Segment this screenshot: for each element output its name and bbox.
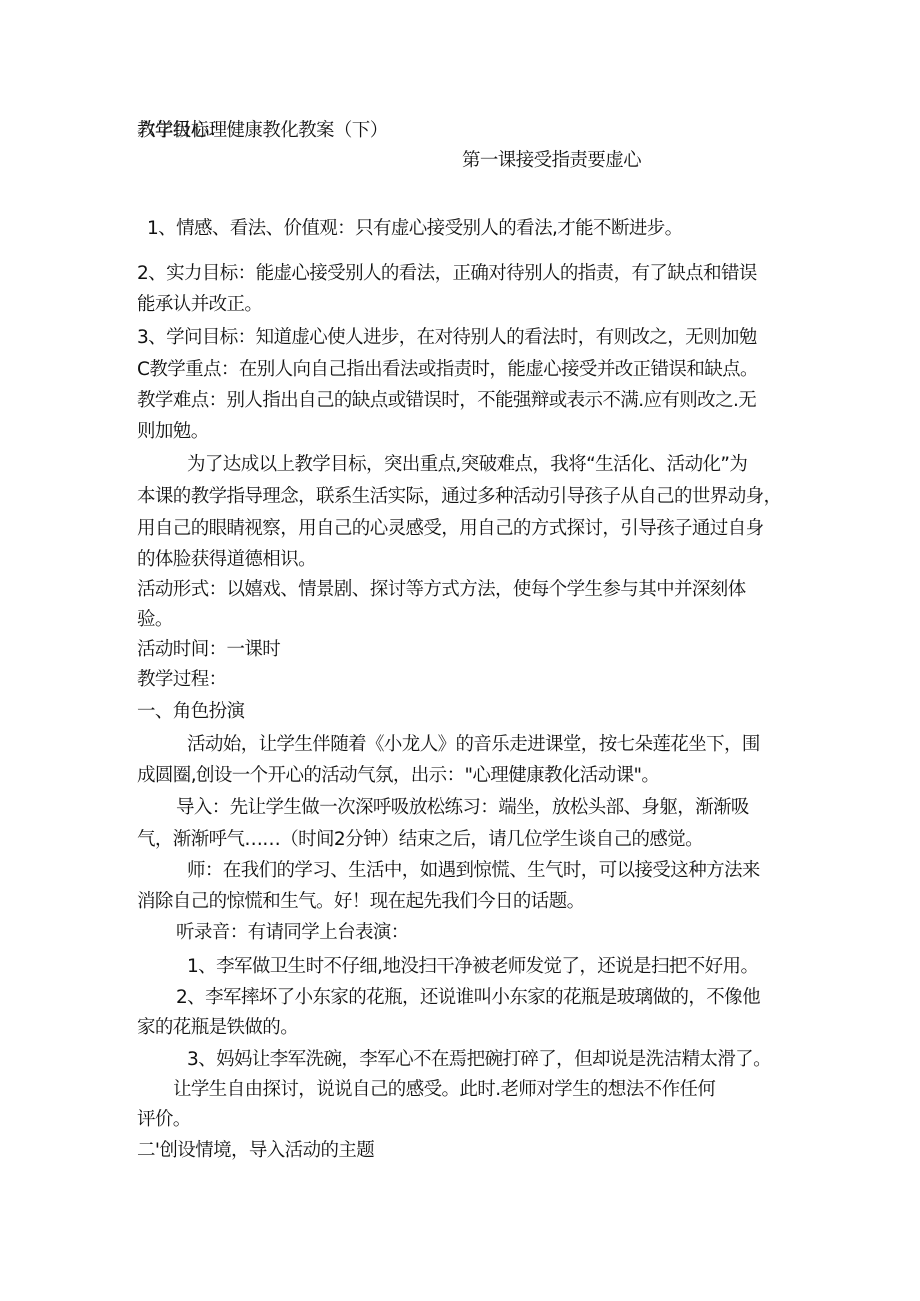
text-line: C教学重点：在别人向自己指出看法或指责时，能虚心接受并改正错误和缺点。 bbox=[137, 359, 758, 381]
text-line: 二'创设情境，导入活动的主题 bbox=[137, 1140, 374, 1162]
text-line: 导入：先让学生做一次深呼吸放松练习：端坐，放松头部、身躯，渐渐吸 bbox=[176, 797, 749, 819]
text-line: 活动始，让学生伴随着《小龙人》的音乐走进课堂，按七朵莲花坐下，围 bbox=[187, 734, 760, 756]
document-page: 六年级心理健康教化教案（下） 第一课接受指责要虚心 教学目标：1、情感、看法、价… bbox=[0, 0, 920, 1301]
text-line: 教学过程： bbox=[137, 669, 227, 691]
text-line: 气，渐渐呼气……（时间2分钟）结束之后，请几位学生谈自己的感觉。 bbox=[137, 829, 703, 851]
lesson-title: 第一课接受指责要虚心 bbox=[462, 150, 641, 172]
text-line: 评价。 bbox=[137, 1109, 191, 1131]
text-line: 的体脸获得道德相识。 bbox=[137, 549, 316, 571]
text-line: 成圆圈,创设一个开心的活动气氛，出示："心理健康教化活动课"。 bbox=[137, 765, 659, 787]
text-line: 验。 bbox=[137, 609, 173, 631]
text-line: 听录音：有请同学上台表演： bbox=[176, 922, 409, 944]
text-line: 2、实力目标：能虚心接受别人的看法，正确对待别人的指责，有了缺点和错误 bbox=[137, 263, 757, 285]
text-line: 师：在我们的学习、生活中，如遇到惊慌、生气时，可以接受这种方法来 bbox=[187, 860, 760, 882]
text-line: 则加勉。 bbox=[137, 421, 209, 443]
text-line: 家的花瓶是铁做的。 bbox=[137, 1017, 298, 1039]
text-line: 1、李军做卫生时不仔细,地没扫干净被老师发觉了，还说是扫把不好用。 bbox=[187, 956, 758, 978]
text-line: 3、妈妈让李军洗碗，李军心不在焉把碗打碎了，但却说是洗洁精太滑了。 bbox=[187, 1049, 771, 1071]
text-line: 2、李军摔坏了小东家的花瓶，还说谁叫小东家的花瓶是玻璃做的，不像他 bbox=[176, 987, 760, 1009]
text-line: 为了达成以上教学目标，突出重点,突破难点，我将“生活化、活动化”为 bbox=[187, 454, 747, 476]
text-line: 本课的教学指导理念，联系生活实际，通过多种活动引导孩子从自己的世界动身， bbox=[137, 486, 781, 508]
text-line: 教学难点：别人指出自己的缺点或错误时，不能强辩或表示不满.应有则改之.无 bbox=[137, 390, 756, 412]
text-line: 活动形式：以嬉戏、情景剧、探讨等方式方法，使每个学生参与其中并深刻体 bbox=[137, 579, 746, 601]
text-line: 3、学问目标：知道虚心使人进步，在对待别人的看法时，有则改之，无则加勉 bbox=[137, 327, 757, 349]
text-line: 能承认并改正。 bbox=[137, 294, 262, 316]
text-line: 用自己的眼睛视察，用自己的心灵感受，用自己的方式探讨，引导孩子通过自身 bbox=[137, 518, 764, 540]
text-line: 1、情感、看法、价值观：只有虚心接受别人的看法,才能不断进步。 bbox=[147, 218, 683, 240]
text-line: 让学生自由探讨，说说自己的感受。此时.老师对学生的想法不作任何 bbox=[173, 1079, 715, 1101]
text-line: 一、角色扮演 bbox=[137, 701, 244, 723]
text-line: 活动时间：一课时 bbox=[137, 639, 280, 661]
text-line: 教学目标： bbox=[137, 120, 227, 142]
text-line: 消除自己的惊慌和生气。好！现在起先我们今日的话题。 bbox=[137, 891, 585, 913]
